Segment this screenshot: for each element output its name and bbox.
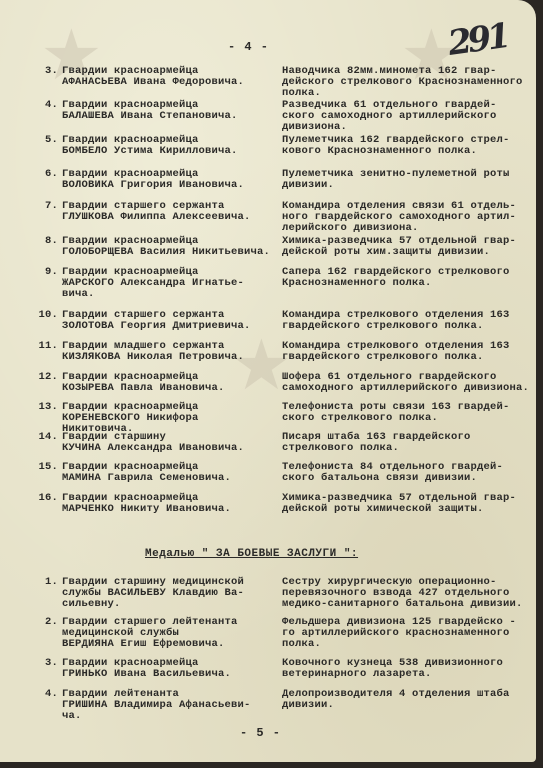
entry-number: 12. (34, 372, 58, 383)
recipient-position: Сапера 162 гвардейского стрелкового Крас… (282, 267, 532, 289)
entry-number: 8. (34, 236, 58, 247)
recipient-rank-name: Гвардии красноармейца КОЗЫРЕВА Павла Ива… (62, 372, 272, 394)
recipient-rank-name: Гвардии красноармейца БАЛАШЕВА Ивана Сте… (62, 100, 272, 122)
recipient-rank-name: Гвардии младшего сержанта КИЗЛЯКОВА Нико… (62, 341, 272, 363)
entry-number: 7. (34, 201, 58, 212)
recipient-position: Наводчика 82мм.миномета 162 гвар- дейско… (282, 66, 532, 99)
entry-number: 3. (34, 658, 58, 669)
recipient-rank-name: Гвардии красноармейца ГОЛОБОРЩЕВА Васили… (62, 236, 272, 258)
entry-number: 11. (34, 341, 58, 352)
bottom-page-number: - 5 - (240, 726, 281, 740)
recipient-position: Сестру хирургическую операционно- перевя… (282, 577, 532, 610)
recipient-position: Командира отделения связи 61 отдель- ног… (282, 201, 532, 234)
top-page-number: - 4 - (228, 40, 269, 54)
entry-number: 6. (34, 169, 58, 180)
entry-number: 4. (34, 100, 58, 111)
entry-number: 3. (34, 66, 58, 77)
recipient-rank-name: Гвардии лейтенанта ГРИШИНА Владимира Афа… (62, 689, 272, 722)
recipient-rank-name: Гвардии старшего сержанта ЗОЛОТОВА Георг… (62, 310, 272, 332)
entry-number: 15. (34, 462, 58, 473)
entry-number: 5. (34, 135, 58, 146)
archive-sheet-number: 291 (446, 16, 510, 64)
entry-number: 14. (34, 432, 58, 443)
recipient-position: Ковочного кузнеца 538 дивизионного ветер… (282, 658, 532, 680)
recipient-rank-name: Гвардии красноармейца ГРИНЬКО Ивана Васи… (62, 658, 272, 680)
recipient-rank-name: Гвардии красноармейца ЖАРСКОГО Александр… (62, 267, 272, 300)
recipient-position: Командира стрелкового отделения 163 гвар… (282, 341, 532, 363)
recipient-position: Телефониста 84 отдельного гвардей- ского… (282, 462, 532, 484)
recipient-rank-name: Гвардии красноармейца АФАНАСЬЕВА Ивана Ф… (62, 66, 272, 88)
entry-number: 16. (34, 493, 58, 504)
recipient-rank-name: Гвардии старшего лейтенанта медицинской … (62, 617, 272, 650)
entry-number: 10. (34, 310, 58, 321)
recipient-rank-name: Гвардии красноармейца БОМБЕЛО Устима Кир… (62, 135, 272, 157)
recipient-rank-name: Гвардии старшего сержанта ГЛУШКОВА Филип… (62, 201, 272, 223)
recipient-position: Химика-разведчика 57 отдельной гвар- дей… (282, 236, 532, 258)
entry-number: 4. (34, 689, 58, 700)
recipient-rank-name: Гвардии красноармейца ВОЛОВИКА Григория … (62, 169, 272, 191)
recipient-rank-name: Гвардии красноармейца МАРЧЕНКО Никиту Ив… (62, 493, 272, 515)
recipient-position: Командира стрелкового отделения 163 гвар… (282, 310, 532, 332)
recipient-rank-name: Гвардии красноармейца МАМИНА Гаврила Сем… (62, 462, 272, 484)
recipient-rank-name: Гвардии старшину КУЧИНА Александра Ивано… (62, 432, 272, 454)
entry-number: 9. (34, 267, 58, 278)
recipient-position: Шофера 61 отдельного гвардейского самохо… (282, 372, 532, 394)
recipient-position: Телефониста роты связи 163 гвардей- ског… (282, 402, 532, 424)
recipient-position: Пулеметчика 162 гвардейского стрел- ково… (282, 135, 532, 157)
recipient-position: Химика-разведчика 57 отдельной гвар- дей… (282, 493, 532, 515)
entry-number: 1. (34, 577, 58, 588)
recipient-position: Пулеметчика зенитно-пулеметной роты диви… (282, 169, 532, 191)
entry-number: 13. (34, 402, 58, 413)
entry-number: 2. (34, 617, 58, 628)
recipient-position: Делопроизводителя 4 отделения штаба диви… (282, 689, 532, 711)
document-page: ★ ★ ★ - 4 - 291 3.Гвардии красноармейца … (0, 0, 536, 762)
recipient-position: Писаря штаба 163 гвардейского стрелковог… (282, 432, 532, 454)
section-heading-medal: Медалью " ЗА БОЕВЫЕ ЗАСЛУГИ ": (145, 548, 358, 560)
recipient-position: Фельдшера дивизиона 125 гвардейско - го … (282, 617, 532, 650)
recipient-position: Разведчика 61 отдельного гвардей- ского … (282, 100, 532, 133)
recipient-rank-name: Гвардии старшину медицинской службы ВАСИ… (62, 577, 272, 610)
